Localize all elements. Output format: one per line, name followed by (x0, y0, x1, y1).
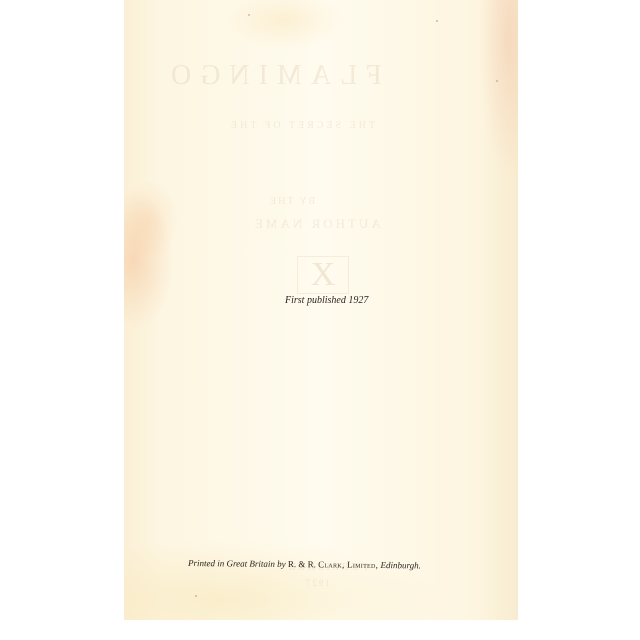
printer-imprint-initials: R. & R. (288, 559, 316, 569)
printer-imprint-prefix: Printed in Great Britain by (188, 558, 286, 569)
publisher-emblem-icon: X (297, 256, 349, 294)
show-through-author: AUTHOR NAME (252, 216, 381, 232)
paper-speck (248, 14, 250, 16)
book-page (124, 0, 518, 620)
printer-imprint-name: Clark, Limited, (318, 559, 378, 570)
paper-speck (496, 80, 498, 82)
show-through-title: FLAMINGO (162, 60, 382, 92)
show-through-year: 1927 (304, 578, 330, 588)
show-through-subtitle: THE SECRET OF THE (228, 120, 375, 131)
first-published-line: First published 1927 (285, 295, 368, 306)
show-through-byline: BY THE (268, 196, 315, 207)
printer-imprint-city: Edinburgh. (380, 560, 421, 570)
paper-speck (195, 595, 197, 597)
paper-speck (436, 20, 438, 22)
